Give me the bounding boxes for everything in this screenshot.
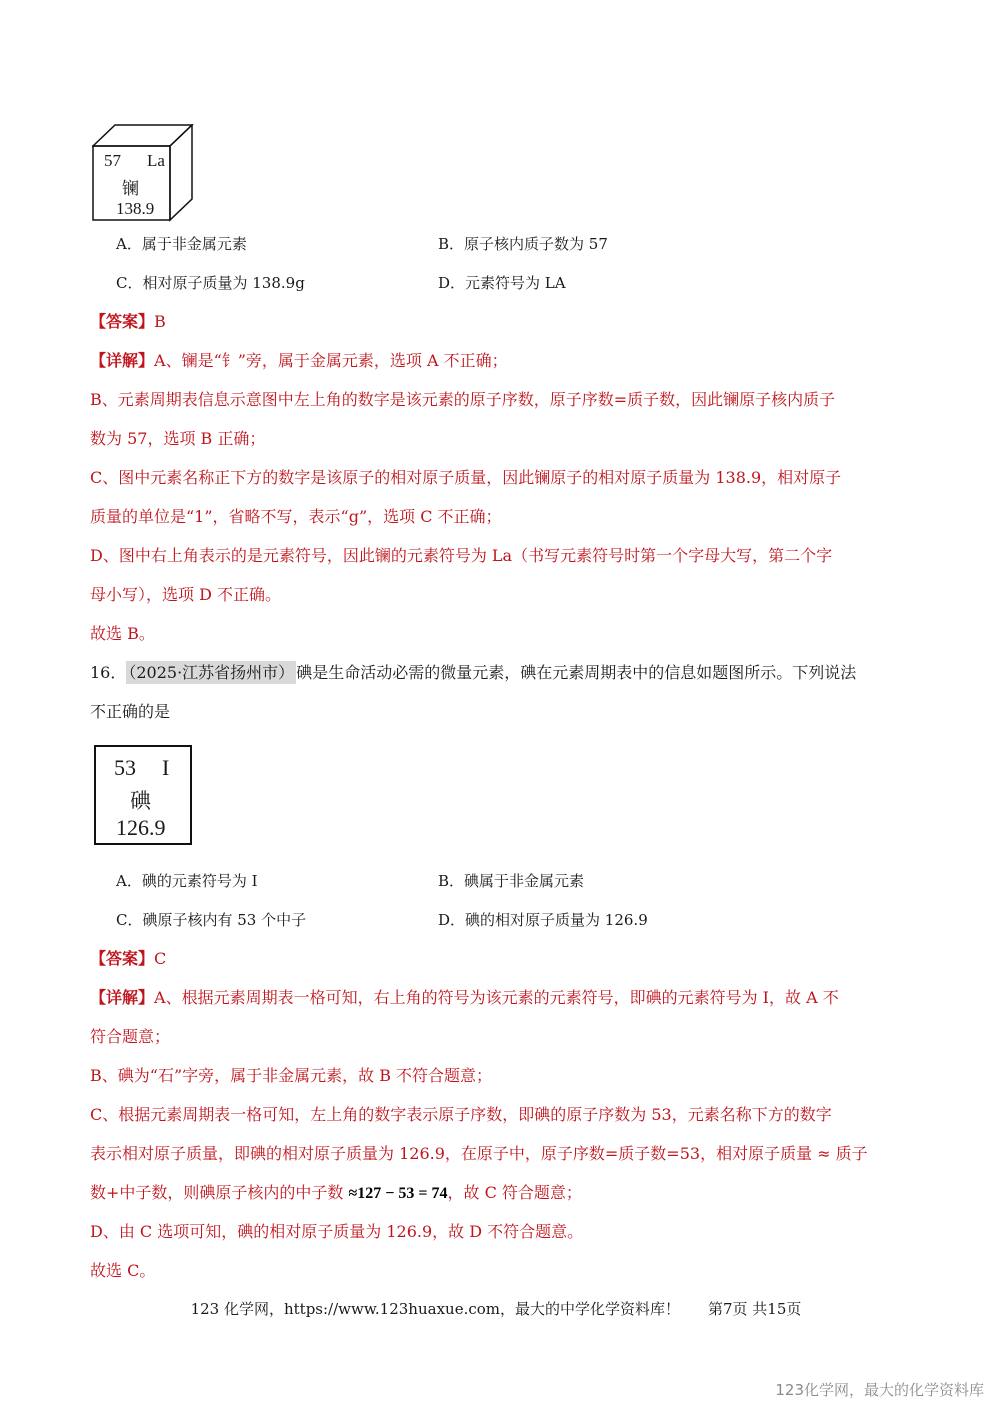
q16-option-d: D．碘的相对原子质量为 126.9 [438, 910, 648, 930]
q16-explanation-line: C、根据元素周期表一格可知，左上角的数字表示原子序数，即碘的原子序数为 53，元… [90, 1105, 832, 1125]
element-name: 镧 [122, 174, 139, 199]
q15-answer: 【答案】B [90, 312, 166, 332]
q15-explanation-line: 质量的单位是“1”，省略不写，表示“g”，选项 C 不正确； [90, 507, 502, 527]
answer-tag: 【答案】 [90, 312, 154, 331]
q15-option-c: C．相对原子质量为 138.9g [116, 273, 305, 293]
detail-tag: 【详解】 [90, 351, 154, 370]
lanthanum-element-card: 57 La 镧 138.9 [92, 124, 194, 222]
q15-explanation-line: C、图中元素名称正下方的数字是该原子的相对原子质量，因此镧原子的相对原子质量为 … [90, 468, 841, 488]
answer-value: B [154, 312, 166, 331]
q16-stem-line2: 不正确的是 [90, 702, 170, 722]
q15-option-a: A．属于非金属元素 [116, 234, 247, 254]
footer-site-text: 123 化学网，https://www.123huaxue.com，最大的中学化… [191, 1300, 680, 1318]
q16-explanation-line: 表示相对原子质量，即碘的相对原子质量为 126.9，在原子中，原子序数=质子数=… [90, 1144, 868, 1164]
q15-explanation-line: 母小写），选项 D 不正确。 [90, 585, 281, 605]
q16-stem: 16．（2025·江苏省扬州市）碘是生命活动必需的微量元素，碘在元素周期表中的信… [90, 663, 856, 683]
question-source: （2025·江苏省扬州市） [126, 661, 296, 684]
answer-value: C [154, 949, 166, 968]
page-footer: 123 化学网，https://www.123huaxue.com，最大的中学化… [0, 1298, 992, 1319]
page-number: 第7页 共15页 [708, 1300, 801, 1318]
q16-explanation-line: D、由 C 选项可知，碘的相对原子质量为 126.9，故 D 不符合题意。 [90, 1222, 583, 1242]
q16-option-b: B．碘属于非金属元素 [438, 871, 584, 891]
atomic-mass: 138.9 [116, 199, 154, 219]
q16-option-c: C．碘原子核内有 53 个中子 [116, 910, 306, 930]
q15-conclusion: 故选 B。 [90, 624, 155, 644]
q15-explanation-line: B、元素周期表信息示意图中左上角的数字是该元素的原子序数，原子序数=质子数，因此… [90, 390, 835, 410]
q16-answer: 【答案】C [90, 949, 166, 969]
detail-tag: 【详解】 [90, 988, 154, 1007]
atomic-number: 57 [104, 151, 121, 171]
answer-tag: 【答案】 [90, 949, 154, 968]
atomic-mass: 126.9 [116, 815, 166, 841]
q16-explanation-line: B、碘为“石”字旁，属于非金属元素，故 B 不符合题意； [90, 1066, 492, 1086]
watermark: 123化学网，最大的化学资料库 [775, 1379, 984, 1400]
q16-explanation-line: 【详解】A、根据元素周期表一格可知，右上角的符号为该元素的元素符号，即碘的元素符… [90, 988, 839, 1008]
q15-option-d: D．元素符号为 LA [438, 273, 566, 293]
q16-option-a: A．碘的元素符号为 I [116, 871, 258, 891]
q15-option-b: B．原子核内质子数为 57 [438, 234, 608, 254]
iodine-element-card: 53 I 碘 126.9 [94, 745, 192, 845]
q15-explanation-line: 数为 57，选项 B 正确； [90, 429, 265, 449]
q15-explanation-line: D、图中右上角表示的是元素符号，因此镧的元素符号为 La（书写元素符号时第一个字… [90, 546, 832, 566]
q16-conclusion: 故选 C。 [90, 1261, 155, 1281]
neutron-formula: ≈127 − 53 = 74 [349, 1185, 448, 1202]
q16-explanation-line: 符合题意； [90, 1027, 170, 1047]
element-symbol: La [147, 151, 165, 171]
question-number: 16． [90, 663, 126, 682]
element-name: 碘 [130, 785, 151, 815]
document-page: 57 La 镧 138.9 A．属于非金属元素 B．原子核内质子数为 57 C．… [0, 0, 992, 1403]
q15-explanation-line: 【详解】A、镧是“钅”旁，属于金属元素，选项 A 不正确； [90, 351, 508, 371]
atomic-number: 53 [114, 755, 136, 781]
element-symbol: I [162, 755, 169, 781]
q16-explanation-line: 数+中子数，则碘原子核内的中子数 ≈127 − 53 = 74，故 C 符合题意… [90, 1183, 582, 1204]
